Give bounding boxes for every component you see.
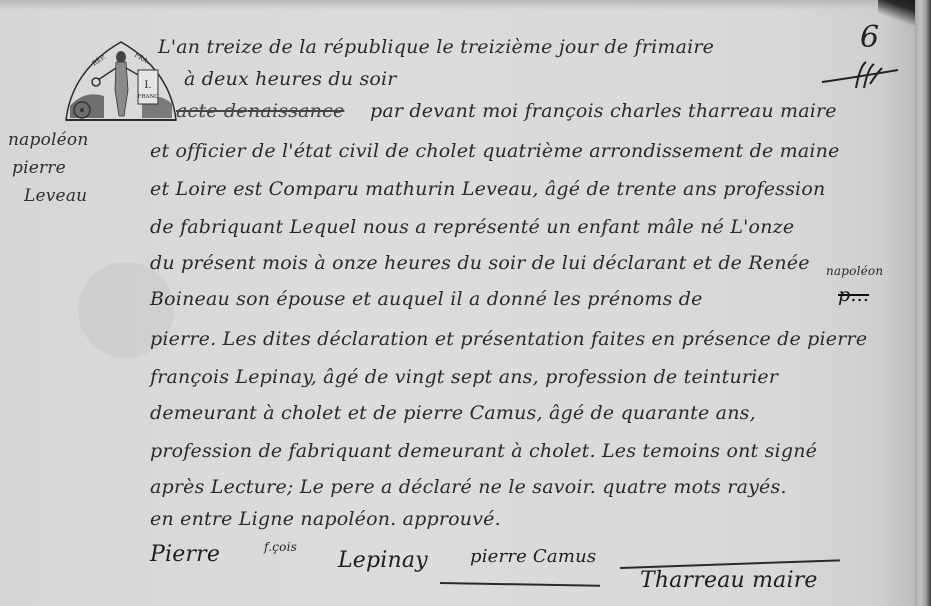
body-line-4: et officier de l'état civil de cholet qu… [150, 140, 840, 162]
body-line-12: profession de fabriquant demeurant à cho… [150, 440, 817, 462]
body-line-2: à deux heures du soir [184, 68, 397, 90]
interlinear-insert: napoléon [826, 264, 883, 278]
page-top-shade [0, 0, 918, 10]
signature-pierre: Pierre [150, 542, 220, 567]
signature-pierre-suffix: f.çois [264, 540, 297, 554]
folio-number: 6 [860, 20, 879, 55]
body-line-11: demeurant à cholet et de pierre Camus, â… [150, 402, 756, 424]
signature-flourish-lepinay [440, 582, 600, 587]
page-binding-edge [915, 0, 931, 606]
margin-note-line-1: napoléon [8, 130, 88, 150]
struck-words-2: naissance [248, 100, 344, 122]
document-page: I. FRANC RÉP. FRA. 6 napoléon pierre Lev… [0, 0, 918, 606]
stamp-unit: FRANC [138, 94, 159, 100]
body-line-10: françois Lepinay, âgé de vingt sept ans,… [150, 366, 778, 388]
page-corner-shadow [878, 0, 918, 26]
body-line-6: de fabriquant Lequel nous a représenté u… [150, 216, 794, 238]
paraphe-flourish-icon [820, 58, 900, 90]
signature-lepinay: Lepinay [338, 548, 428, 573]
signature-tharreau-maire: Tharreau maire [640, 568, 818, 593]
stamp-value: I. [144, 80, 151, 91]
signature-pierre-camus: pierre Camus [470, 546, 596, 567]
struck-words-1: acte de [176, 100, 248, 122]
body-line-8: Boineau son épouse et auquel il a donné … [150, 288, 703, 310]
body-line-5: et Loire est Comparu mathurin Leveau, âg… [150, 178, 825, 200]
body-line-1: L'an treize de la république le treizièm… [158, 36, 714, 58]
body-line-3: par devant moi françois charles tharreau… [370, 100, 837, 122]
struck-name: p... [838, 284, 869, 306]
body-line-7: du présent mois à onze heures du soir de… [150, 252, 810, 274]
body-line-14: en entre Ligne napoléon. approuvé. [150, 508, 501, 530]
body-line-13: après Lecture; Le pere a déclaré ne le s… [150, 476, 787, 498]
margin-note-line-2: pierre [12, 158, 66, 178]
margin-note-line-3: Leveau [24, 186, 87, 206]
body-line-9: pierre. Les dites déclaration et présent… [150, 328, 867, 350]
